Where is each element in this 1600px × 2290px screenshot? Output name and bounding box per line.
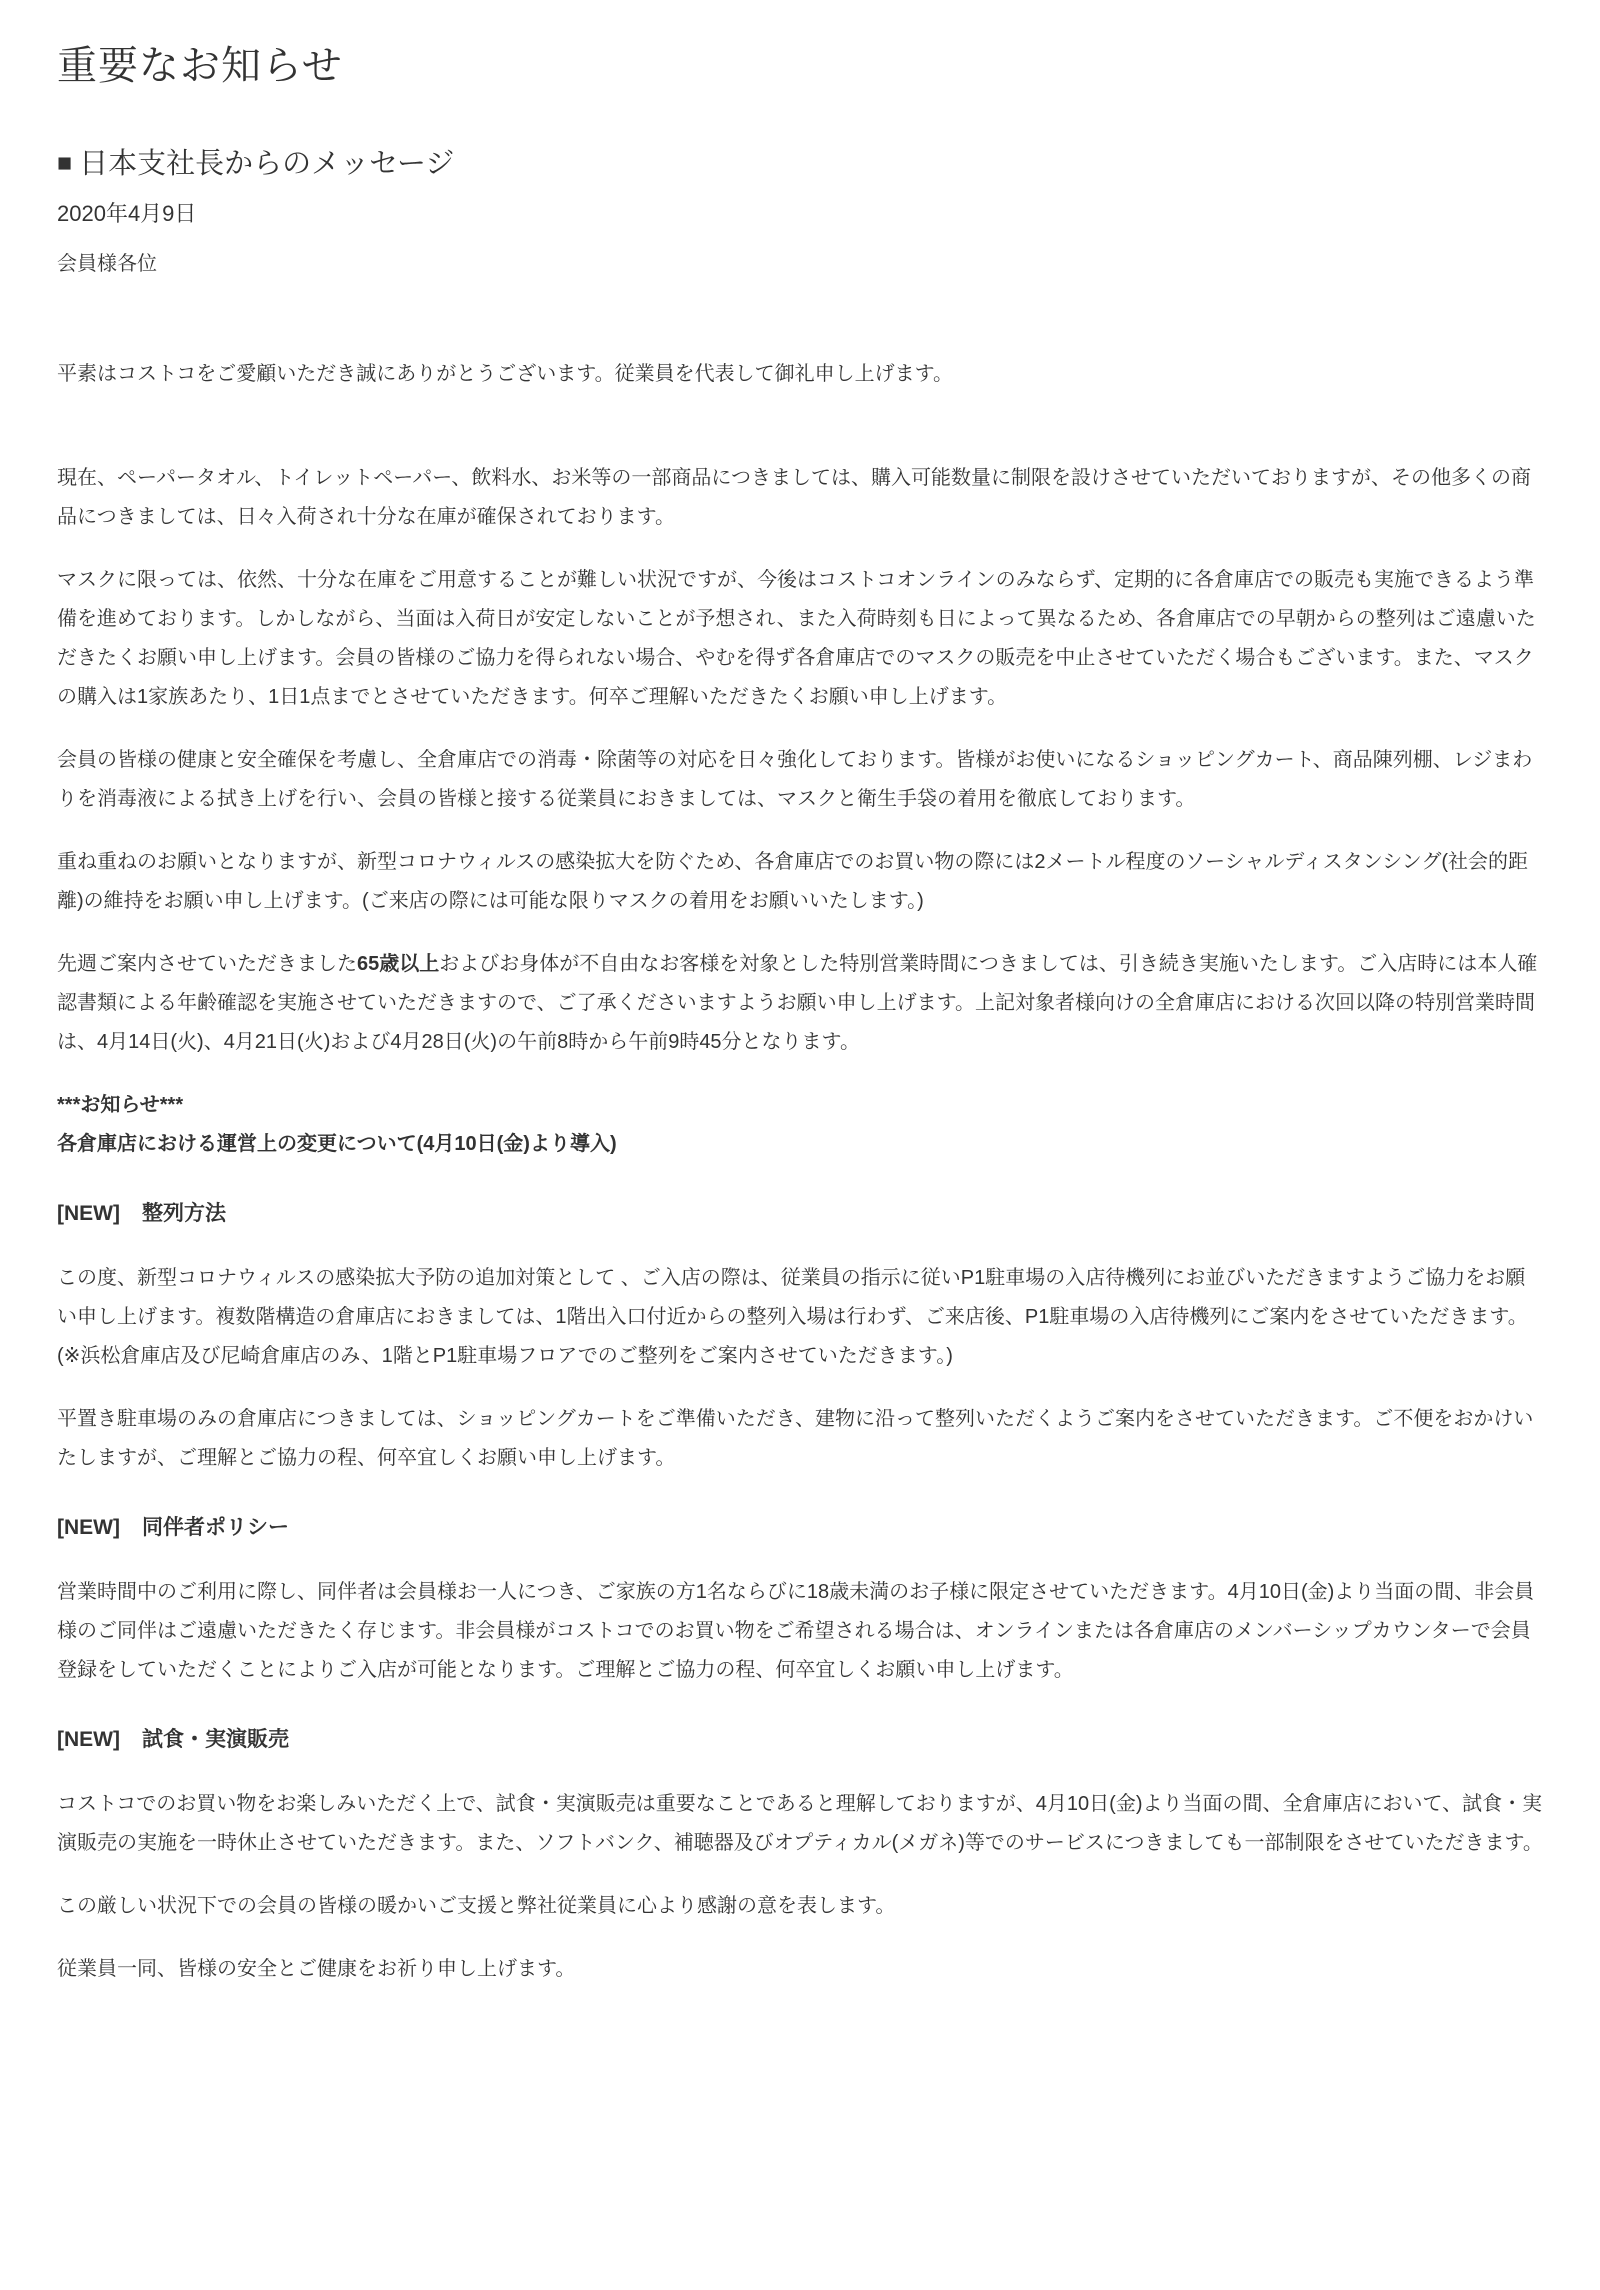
item-title-lineup: 整列方法 <box>142 1202 226 1225</box>
paragraph-social-distancing: 重ね重ねのお願いとなりますが、新型コロナウィルスの感染拡大を防ぐため、各倉庫店で… <box>57 843 1543 921</box>
paragraph-companion-policy: 営業時間中のご利用に際し、同伴者は会員様お一人につき、ご家族の方1名ならびに18… <box>57 1573 1543 1690</box>
section-heading-label: 日本支社長からのメッセージ <box>79 148 454 180</box>
item-heading-companion-policy: [NEW]同伴者ポリシー <box>57 1508 1543 1547</box>
page-title: 重要なお知らせ <box>57 42 1543 90</box>
new-tag: [NEW] <box>57 1202 120 1225</box>
paragraph-sanitation: 会員の皆様の健康と安全確保を考慮し、全倉庫店での消毒・除菌等の対応を日々強化して… <box>57 741 1543 819</box>
item-title-sampling: 試食・実演販売 <box>142 1728 289 1751</box>
new-tag: [NEW] <box>57 1516 120 1539</box>
special-hours-highlight: 65歳以上 <box>357 953 439 975</box>
notice-subheader: 各倉庫店における運営上の変更について(4月10日(金)より導入) <box>57 1125 1543 1164</box>
paragraph-sampling: コストコでのお買い物をお楽しみいただく上で、試食・実演販売は重要なことであると理… <box>57 1785 1543 1863</box>
notice-header-block: ***お知らせ*** 各倉庫店における運営上の変更について(4月10日(金)より… <box>57 1086 1543 1164</box>
item-title-companion-policy: 同伴者ポリシー <box>142 1516 289 1539</box>
paragraph-lineup-p1: この度、新型コロナウィルスの感染拡大予防の追加対策として 、ご入店の際は、従業員… <box>57 1259 1543 1376</box>
item-heading-lineup: [NEW]整列方法 <box>57 1194 1543 1233</box>
notice-header: ***お知らせ*** <box>57 1086 1543 1125</box>
special-hours-text-before: 先週ご案内させていただきました <box>57 953 357 975</box>
paragraph-greeting: 平素はコストコをご愛顧いただき誠にありがとうございます。従業員を代表して御礼申し… <box>57 355 1543 394</box>
document-date: 2020年4月9日 <box>57 200 1543 228</box>
paragraph-special-hours: 先週ご案内させていただきました65歳以上およびお身体が不自由なお客様を対象とした… <box>57 945 1543 1062</box>
square-bullet-icon: ■ <box>57 145 72 181</box>
paragraph-gratitude: この厳しい状況下での会員の皆様の暖かいご支援と弊社従業員に心より感謝の意を表しま… <box>57 1887 1543 1926</box>
paragraph-mask-supply: マスクに限っては、依然、十分な在庫をご用意することが難しい状況ですが、今後はコス… <box>57 561 1543 717</box>
paragraph-wellwishes: 従業員一同、皆様の安全とご健康をお祈り申し上げます。 <box>57 1950 1543 1989</box>
item-heading-sampling: [NEW]試食・実演販売 <box>57 1720 1543 1759</box>
notice-document: 重要なお知らせ ■日本支社長からのメッセージ 2020年4月9日 会員様各位 平… <box>0 0 1600 2290</box>
paragraph-stock-limits: 現在、ペーパータオル、トイレットペーパー、飲料水、お米等の一部商品につきましては… <box>57 459 1543 537</box>
section-heading: ■日本支社長からのメッセージ <box>57 146 1543 183</box>
paragraph-lineup-p2: 平置き駐車場のみの倉庫店につきましては、ショッピングカートをご準備いただき、建物… <box>57 1400 1543 1478</box>
salutation: 会員様各位 <box>57 250 1543 278</box>
new-tag: [NEW] <box>57 1728 120 1751</box>
